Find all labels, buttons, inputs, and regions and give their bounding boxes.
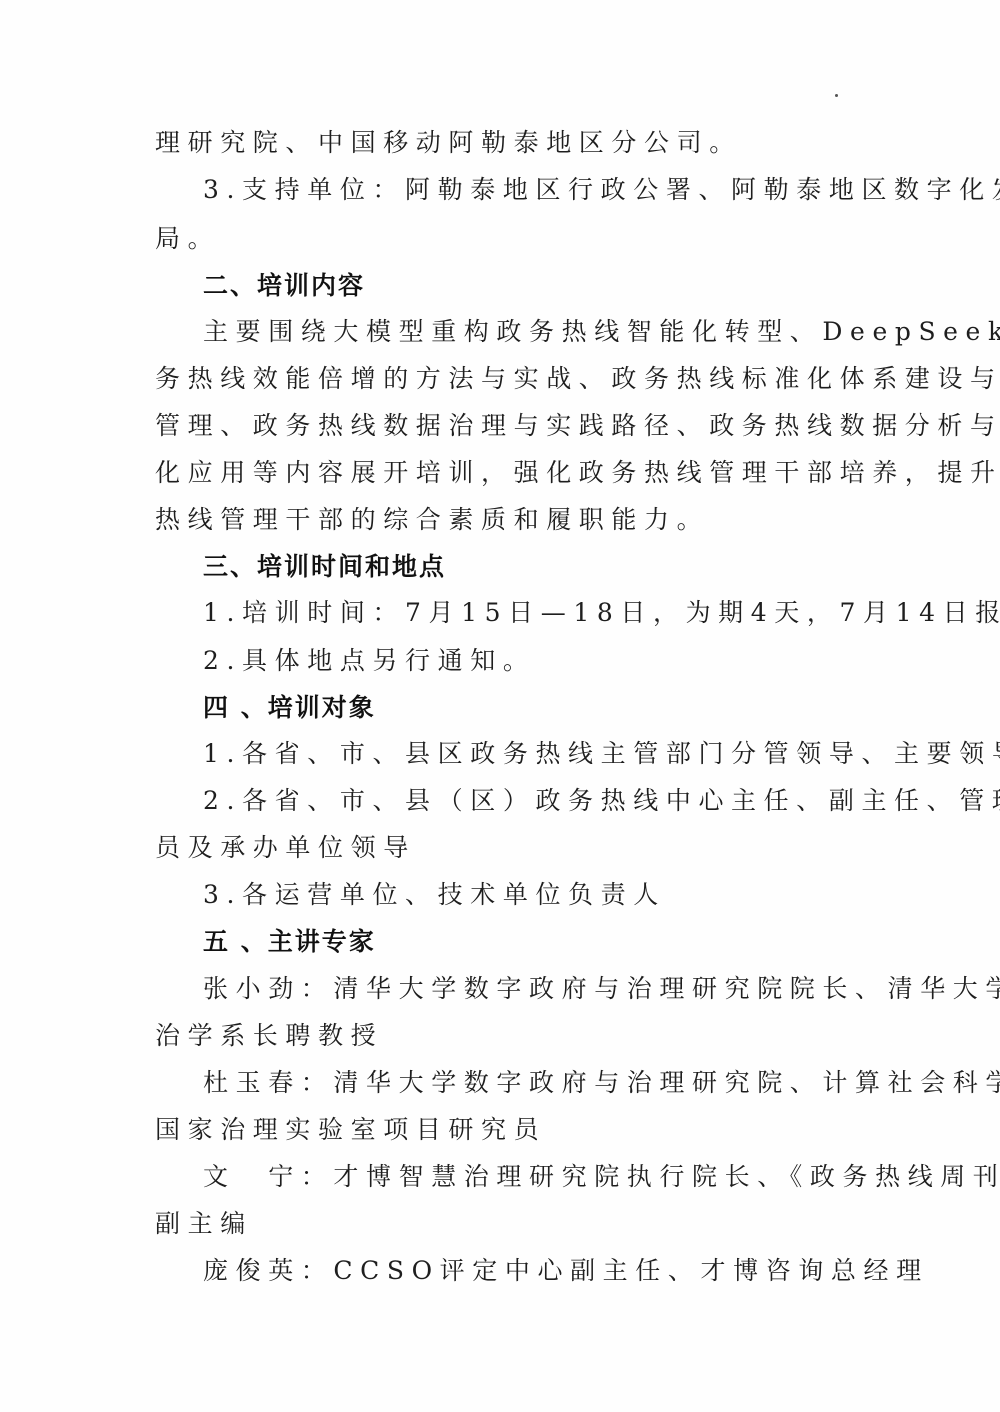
line-support-units-cont: 局。 — [155, 222, 220, 256]
item-training-time: 1.培训时间：7月15日—18日，为期4天，7月14日报道。 — [203, 596, 1000, 630]
scan-speck — [835, 94, 838, 97]
section-heading-experts: 五 、主讲专家 — [203, 925, 376, 959]
line-org-continuation: 理研究院、中国移动阿勒泰地区分公司。 — [155, 126, 742, 160]
expert-wen-ning: 文 宁：才博智慧治理研究院执行院长、《政务热线周刊》 — [203, 1160, 1000, 1194]
item-audience-2: 2.各省、市、县（区）政务热线中心主任、副主任、管理人 — [203, 784, 1000, 818]
section-heading-time-place: 三、培训时间和地点 — [203, 550, 446, 584]
line-support-units: 3.支持单位：阿勒泰地区行政公署、阿勒泰地区数字化发展 — [203, 173, 1000, 207]
expert-du-yuchun: 杜玉春：清华大学数字政府与治理研究院、计算社会科学与 — [203, 1066, 1000, 1100]
item-audience-3: 3.各运营单位、技术单位负责人 — [203, 878, 666, 912]
paragraph-training-content-1: 主要围绕大模型重构政务热线智能化转型、DeepSeek驱动政 — [203, 315, 1000, 349]
item-audience-2-cont: 员及承办单位领导 — [155, 831, 416, 865]
expert-wen-ning-cont: 副主编 — [155, 1207, 253, 1241]
expert-du-yuchun-cont: 国家治理实验室项目研究员 — [155, 1113, 546, 1147]
item-training-location: 2.具体地点另行通知。 — [203, 644, 535, 678]
section-heading-audience: 四 、培训对象 — [203, 691, 376, 725]
expert-zhang-xiaojin: 张小劲：清华大学数字政府与治理研究院院长、清华大学政 — [203, 972, 1000, 1006]
paragraph-training-content-5: 热线管理干部的综合素质和履职能力。 — [155, 503, 709, 537]
item-audience-1: 1.各省、市、县区政务热线主管部门分管领导、主要领导 — [203, 737, 1000, 771]
section-heading-training-content: 二、培训内容 — [203, 269, 365, 303]
paragraph-training-content-2: 务热线效能倍增的方法与实战、政务热线标准化体系建设与效能 — [155, 362, 1000, 396]
document-page: 理研究院、中国移动阿勒泰地区分公司。 3.支持单位：阿勒泰地区行政公署、阿勒泰地… — [0, 0, 1000, 1412]
paragraph-training-content-3: 管理、政务热线数据治理与实践路径、政务热线数据分析与场景 — [155, 409, 1000, 443]
expert-pang-junying: 庞俊英：CCSO评定中心副主任、才博咨询总经理 — [203, 1254, 929, 1288]
expert-zhang-xiaojin-cont: 治学系长聘教授 — [155, 1019, 383, 1053]
paragraph-training-content-4: 化应用等内容展开培训，强化政务热线管理干部培养，提升政务 — [155, 456, 1000, 490]
